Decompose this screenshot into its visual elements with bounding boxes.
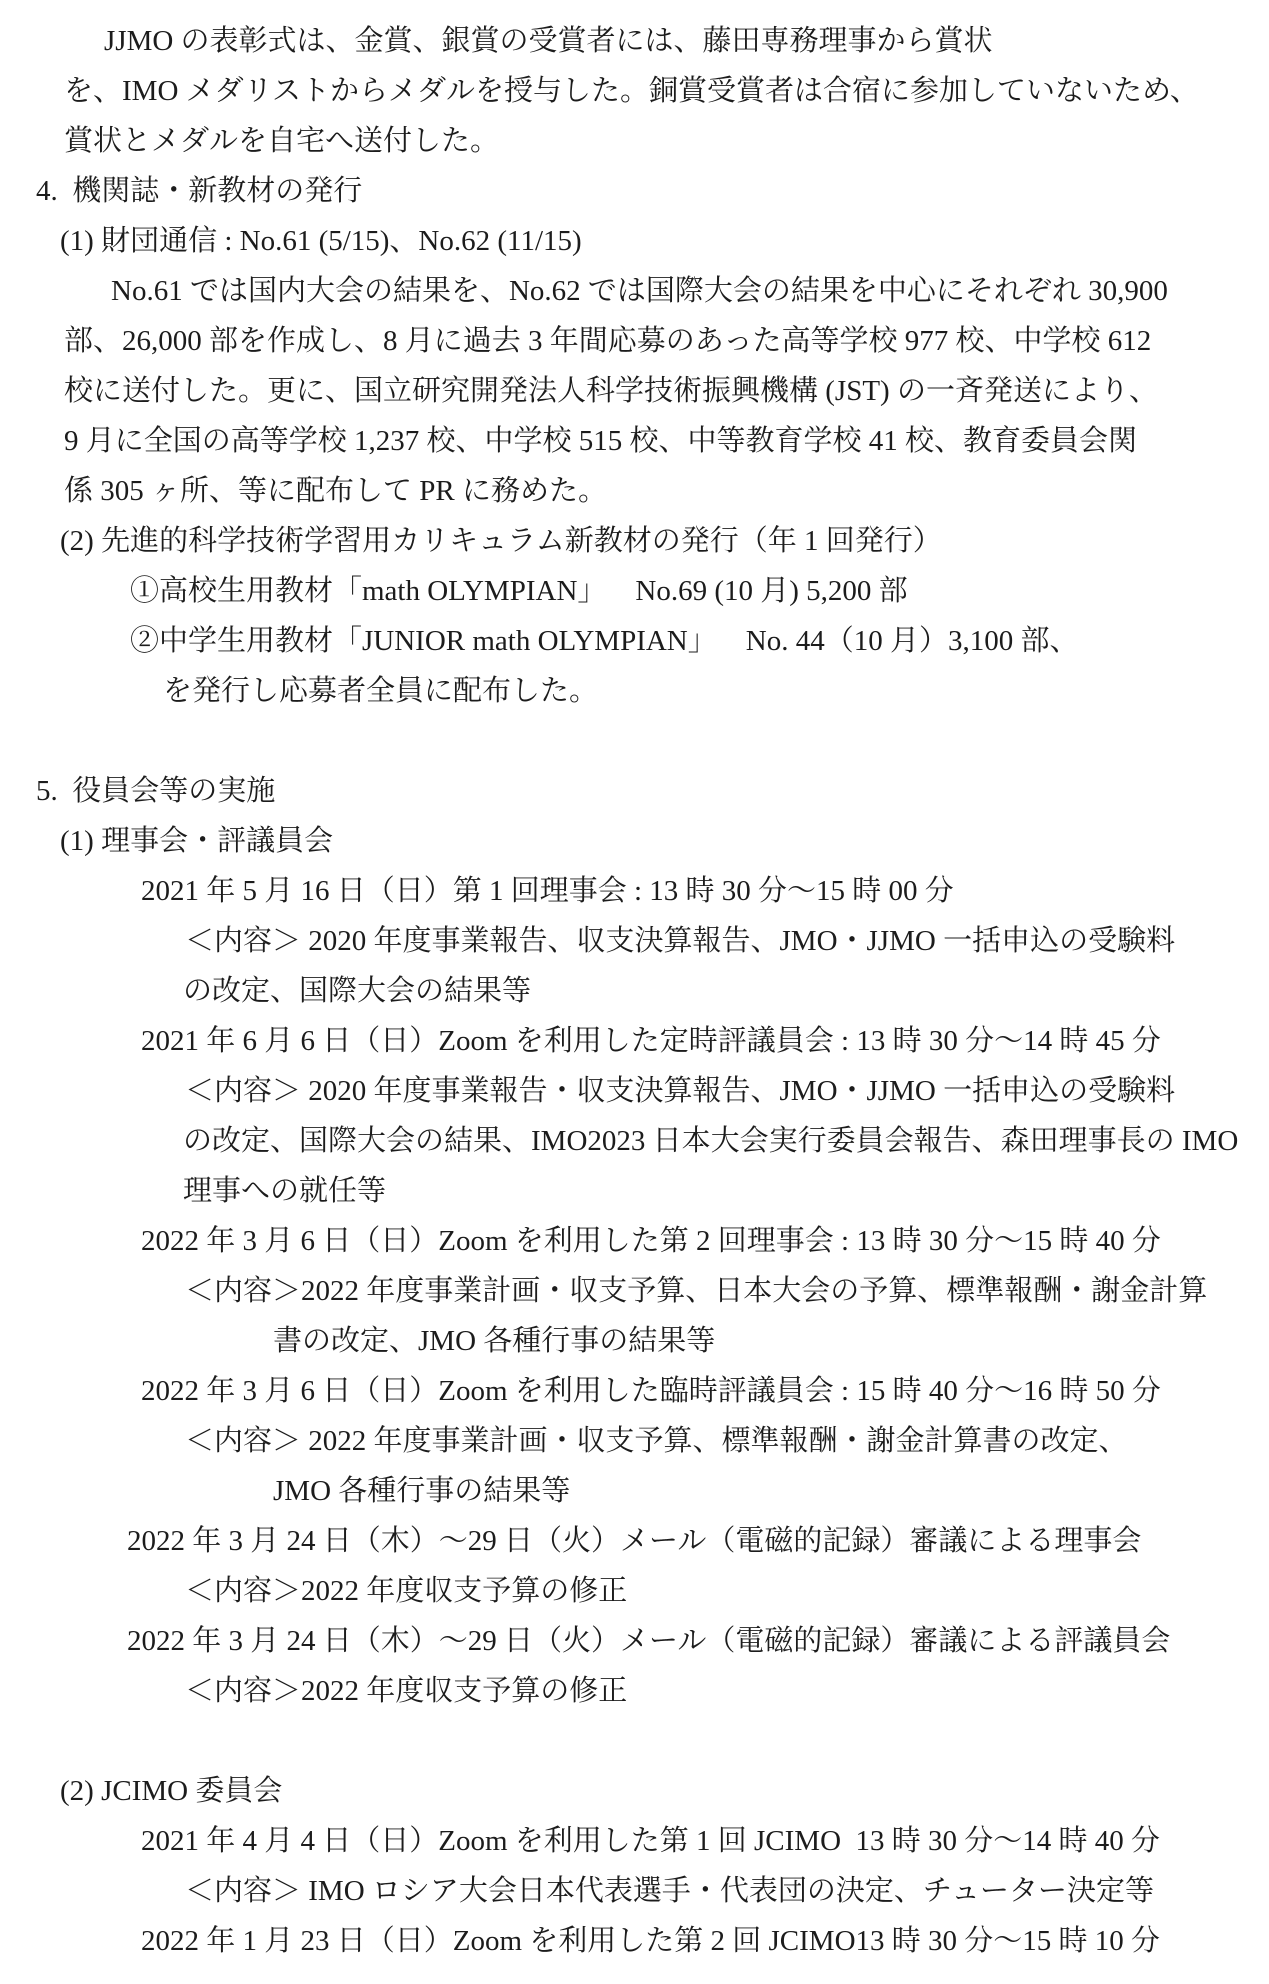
text-line: ＜内容＞ 2022 年度事業計画・収支予算、標準報酬・謝金計算書の改定、 [0, 1416, 1269, 1466]
text-line: を発行し応募者全員に配布した。 [0, 666, 1269, 716]
text-line: 2021 年 6 月 6 日（日）Zoom を利用した定時評議員会 : 13 時… [0, 1016, 1269, 1066]
text-line: 2021 年 4 月 4 日（日）Zoom を利用した第 1 回 JCIMO 1… [0, 1816, 1269, 1866]
section-5-item-1-heading: (1) 理事会・評議員会 [0, 816, 1269, 866]
section-5-item-1: (1) 理事会・評議員会 2021 年 5 月 16 日（日）第 1 回理事会 … [0, 816, 1269, 1716]
text-line: 2022 年 3 月 24 日（木）～29 日（火）メール（電磁的記録）審議によ… [0, 1516, 1269, 1566]
text-line: JJMO の表彰式は、金賞、銀賞の受賞者には、藤田専務理事から賞状 [0, 16, 1269, 66]
section-4-item-1-heading: (1) 財団通信 : No.61 (5/15)、No.62 (11/15) [0, 216, 1269, 266]
text-line: 2022 年 3 月 24 日（木）～29 日（火）メール（電磁的記録）審議によ… [0, 1616, 1269, 1666]
section-4-item-2: (2) 先進的科学技術学習用カリキュラム新教材の発行（年 1 回発行） ①高校生… [0, 516, 1269, 716]
text-line: ＜内容＞ 2020 年度事業報告、収支決算報告、JMO・JJMO 一括申込の受験… [0, 916, 1269, 966]
text-line: 部、26,000 部を作成し、8 月に過去 3 年間応募のあった高等学校 977… [0, 316, 1269, 366]
text-line: ①高校生用教材「math OLYMPIAN」 No.69 (10 月) 5,20… [0, 566, 1269, 616]
text-line: ＜内容＞2022 年度収支予算の修正 [0, 1666, 1269, 1716]
text-line: ＜内容＞ 2020 年度事業報告・収支決算報告、JMO・JJMO 一括申込の受験… [0, 1066, 1269, 1116]
section-5-item-2: (2) JCIMO 委員会 2021 年 4 月 4 日（日）Zoom を利用し… [0, 1766, 1269, 1966]
intro-paragraph: JJMO の表彰式は、金賞、銀賞の受賞者には、藤田専務理事から賞状 を、IMO … [0, 16, 1269, 166]
text-line: 2022 年 1 月 23 日（日）Zoom を利用した第 2 回 JCIMO1… [0, 1916, 1269, 1966]
text-line: 校に送付した。更に、国立研究開発法人科学技術振興機構 (JST) の一斉発送によ… [0, 366, 1269, 416]
text-line: JMO 各種行事の結果等 [0, 1466, 1269, 1516]
section-4: 4. 機関誌・新教材の発行 (1) 財団通信 : No.61 (5/15)、No… [0, 166, 1269, 716]
text-line: 書の改定、JMO 各種行事の結果等 [0, 1316, 1269, 1366]
section-4-item-1: (1) 財団通信 : No.61 (5/15)、No.62 (11/15) No… [0, 216, 1269, 516]
section-5-item-2-heading: (2) JCIMO 委員会 [0, 1766, 1269, 1816]
text-line: 賞状とメダルを自宅へ送付した。 [0, 116, 1269, 166]
text-line: の改定、国際大会の結果等 [0, 966, 1269, 1016]
text-line: の改定、国際大会の結果、IMO2023 日本大会実行委員会報告、森田理事長の I… [0, 1116, 1269, 1166]
text-line: 理事への就任等 [0, 1166, 1269, 1216]
text-line: 2021 年 5 月 16 日（日）第 1 回理事会 : 13 時 30 分～1… [0, 866, 1269, 916]
text-line: 2022 年 3 月 6 日（日）Zoom を利用した第 2 回理事会 : 13… [0, 1216, 1269, 1266]
section-4-heading: 4. 機関誌・新教材の発行 [0, 166, 1269, 216]
text-line: No.61 では国内大会の結果を、No.62 では国際大会の結果を中心にそれぞれ… [0, 266, 1269, 316]
text-line: ＜内容＞ IMO ロシア大会日本代表選手・代表団の決定、チューター決定等 [0, 1866, 1269, 1916]
section-5-heading: 5. 役員会等の実施 [0, 766, 1269, 816]
document-page: JJMO の表彰式は、金賞、銀賞の受賞者には、藤田専務理事から賞状 を、IMO … [0, 0, 1269, 1984]
text-line: ＜内容＞2022 年度収支予算の修正 [0, 1566, 1269, 1616]
text-line: を、IMO メダリストからメダルを授与した。銅賞受賞者は合宿に参加していないため… [0, 66, 1269, 116]
text-line: 係 305 ヶ所、等に配布して PR に務めた。 [0, 466, 1269, 516]
section-5: 5. 役員会等の実施 (1) 理事会・評議員会 2021 年 5 月 16 日（… [0, 766, 1269, 1966]
text-line: ②中学生用教材「JUNIOR math OLYMPIAN」 No. 44（10 … [0, 616, 1269, 666]
text-line: 2022 年 3 月 6 日（日）Zoom を利用した臨時評議員会 : 15 時… [0, 1366, 1269, 1416]
text-line: ＜内容＞2022 年度事業計画・収支予算、日本大会の予算、標準報酬・謝金計算 [0, 1266, 1269, 1316]
text-line: 9 月に全国の高等学校 1,237 校、中学校 515 校、中等教育学校 41 … [0, 416, 1269, 466]
section-4-item-2-heading: (2) 先進的科学技術学習用カリキュラム新教材の発行（年 1 回発行） [0, 516, 1269, 566]
